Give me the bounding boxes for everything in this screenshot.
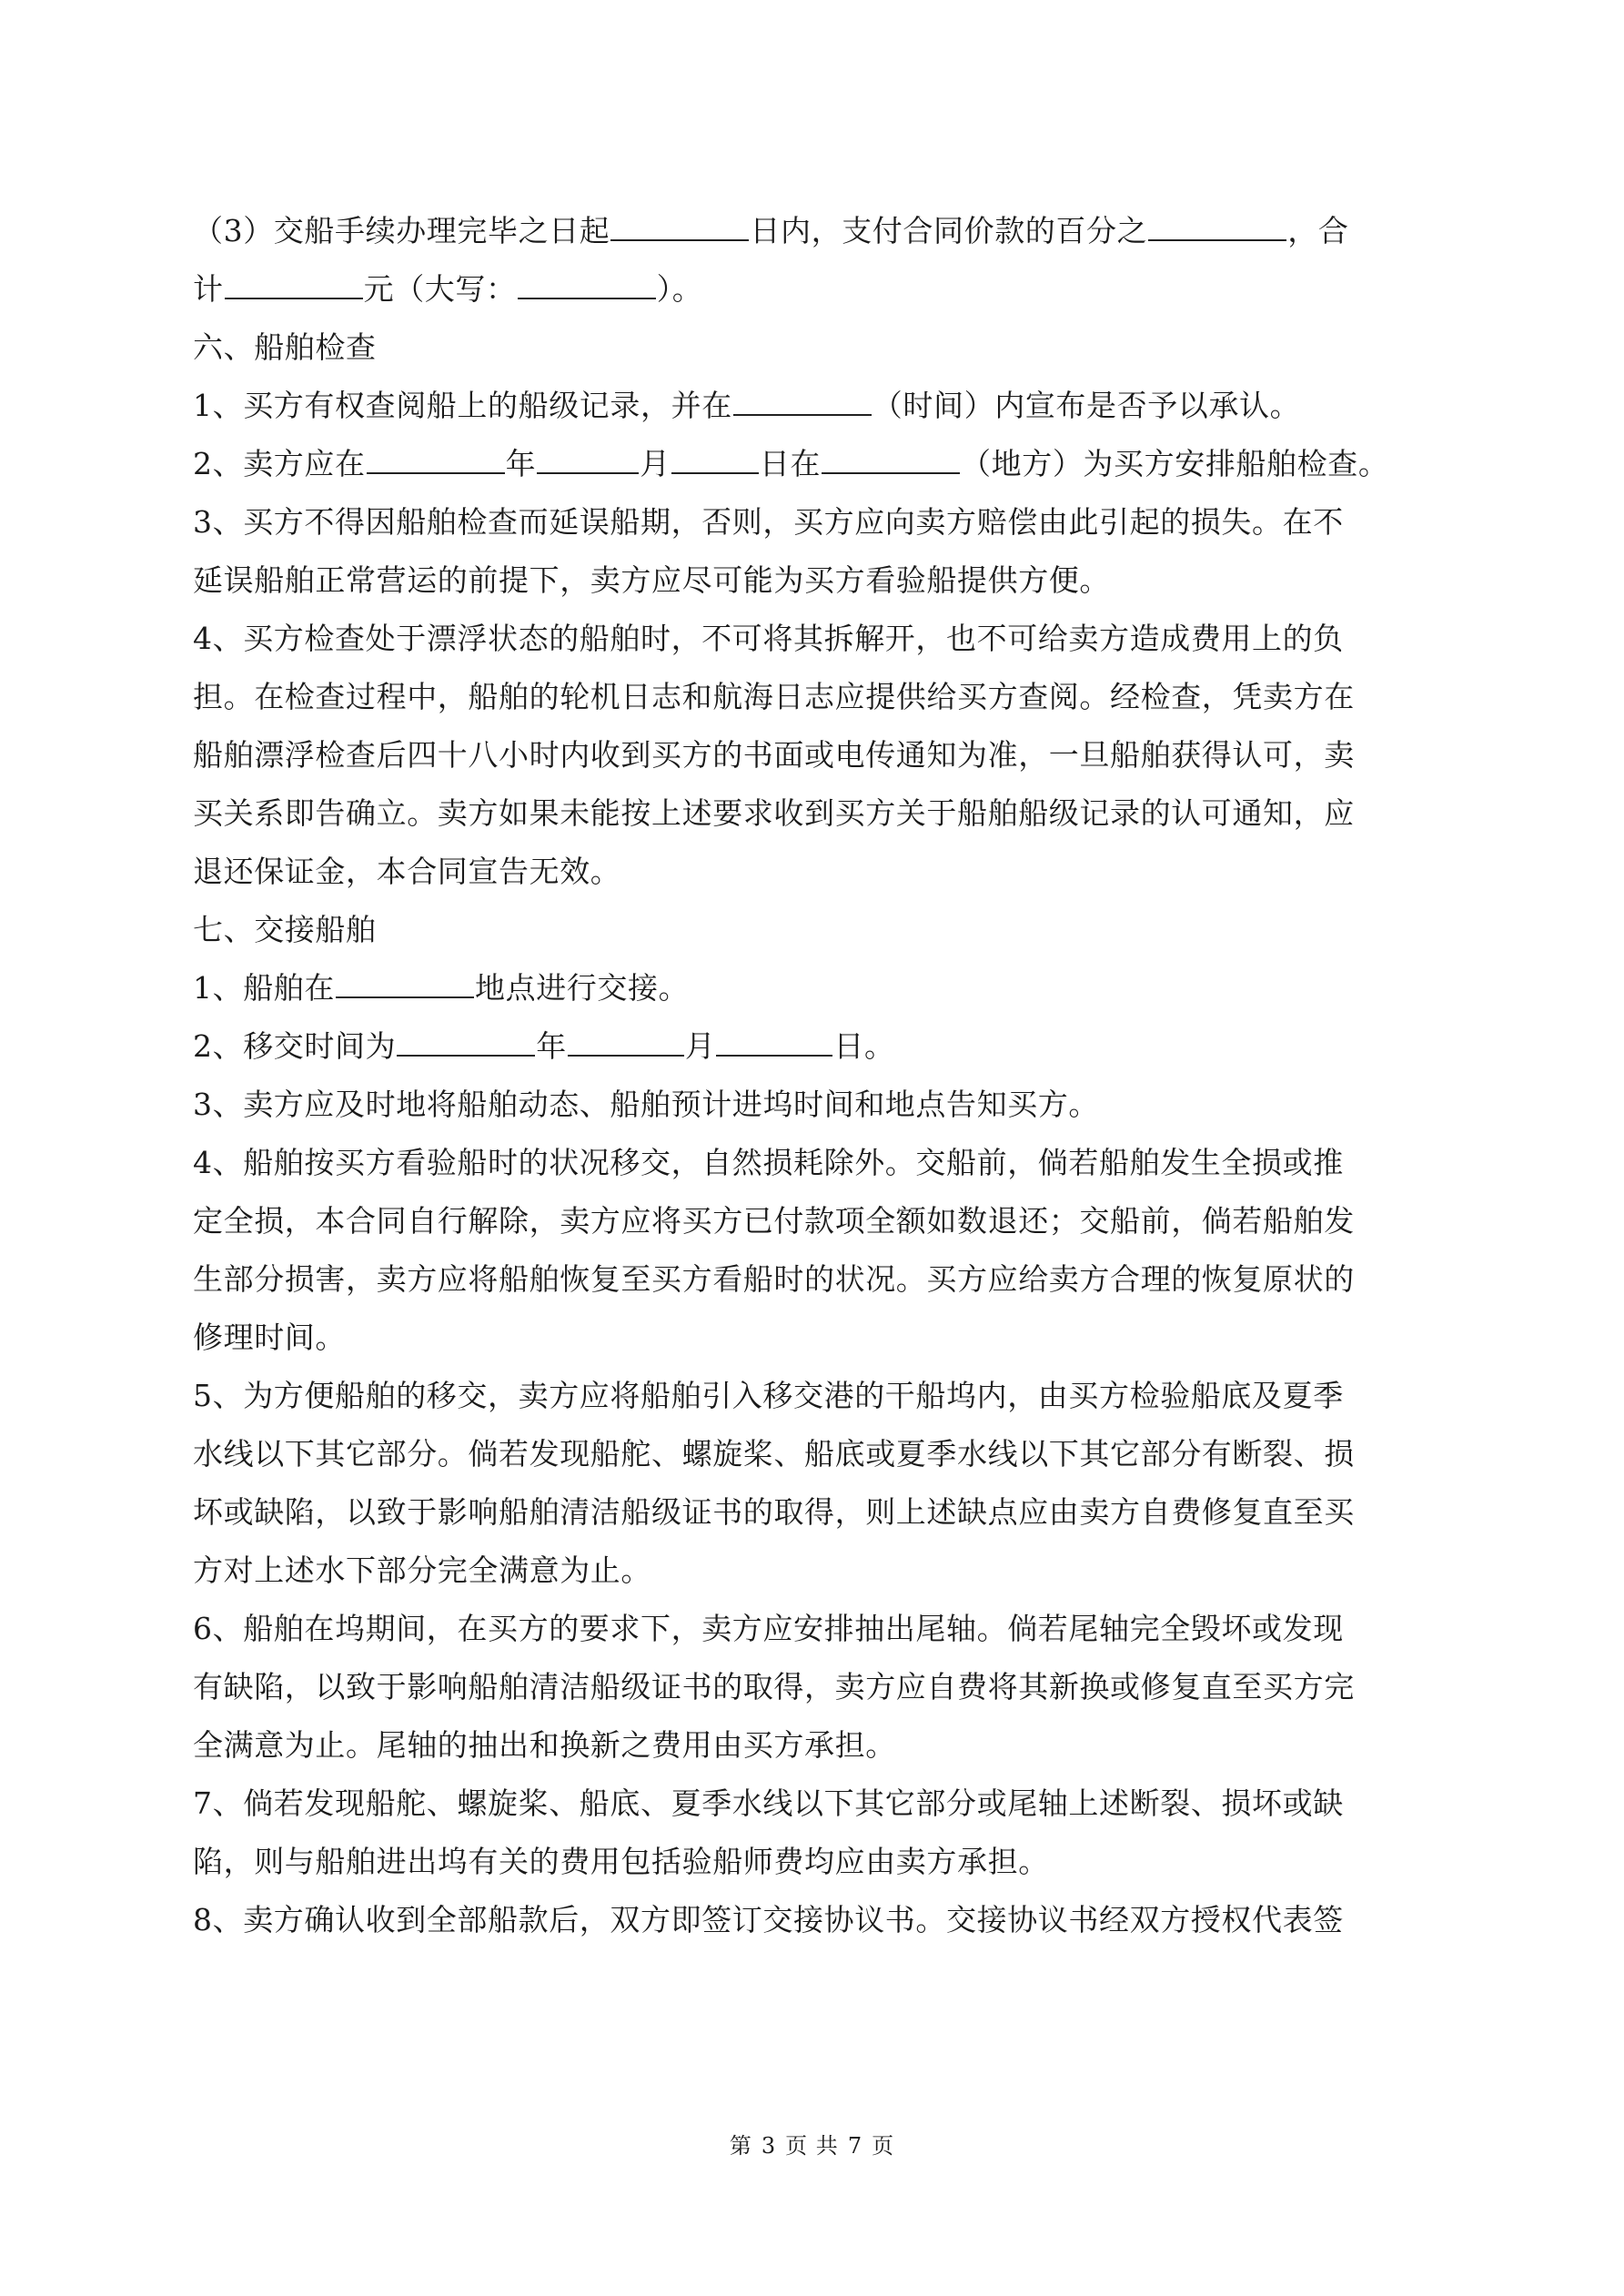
total-pages-number: 7 xyxy=(848,2133,862,2159)
inspection-clause-1: 1、买方有权查阅船上的船级记录，并在（时间）内宣布是否予以承认。 xyxy=(193,377,1430,435)
text: 地点进行交接。 xyxy=(475,970,689,1006)
payment-clause-3-line-2: 计元（大写：）。 xyxy=(193,260,1430,319)
handover-clause-5-line-4: 方对上述水下部分完全满意为止。 xyxy=(193,1542,1430,1600)
payment-clause-3-line-1: （3）交船手续办理完毕之日起日内，支付合同价款的百分之，合 xyxy=(193,202,1430,260)
blank-field-days[interactable] xyxy=(610,238,749,241)
text: 日内，支付合同价款的百分之 xyxy=(750,213,1147,248)
text: 计 xyxy=(193,271,224,307)
text: 年 xyxy=(536,1028,567,1064)
handover-clause-4-line-4: 修理时间。 xyxy=(193,1309,1430,1367)
handover-clause-7-line-2: 陷，则与船舶进出坞有关的费用包括验船师费均应由卖方承担。 xyxy=(193,1833,1430,1891)
text: （时间）内宣布是否予以承认。 xyxy=(873,388,1300,423)
section-heading-ship-inspection: 六、船舶检查 xyxy=(193,319,1430,377)
inspection-clause-4-line-2: 担。在检查过程中，船舶的轮机日志和航海日志应提供给买方查阅。经检查，凭卖方在 xyxy=(193,668,1430,726)
text: 日。 xyxy=(833,1028,894,1064)
footer-prefix: 第 xyxy=(730,2133,752,2159)
text: ）。 xyxy=(657,271,703,307)
handover-clause-2: 2、移交时间为年月日。 xyxy=(193,1017,1430,1076)
handover-clause-4-line-1: 4、船舶按买方看验船时的状况移交，自然损耗除外。交船前，倘若船舶发生全损或推 xyxy=(193,1134,1430,1192)
blank-field-day[interactable] xyxy=(716,1054,832,1057)
text: （3）交船手续办理完毕之日起 xyxy=(193,213,610,248)
section-heading-ship-handover: 七、交接船舶 xyxy=(193,901,1430,959)
inspection-clause-4-line-4: 买关系即告确立。卖方如果未能按上述要求收到买方关于船舶船级记录的认可通知，应 xyxy=(193,784,1430,843)
text: 1、船舶在 xyxy=(193,970,335,1006)
handover-clause-6-line-1: 6、船舶在坞期间，在买方的要求下，卖方应安排抽出尾轴。倘若尾轴完全毁坏或发现 xyxy=(193,1600,1430,1658)
handover-clause-3: 3、卖方应及时地将船舶动态、船舶预计进坞时间和地点告知买方。 xyxy=(193,1076,1430,1134)
footer-suffix: 页 xyxy=(872,2133,894,2159)
blank-field-year[interactable] xyxy=(367,471,505,474)
handover-clause-6-line-3: 全满意为止。尾轴的抽出和换新之费用由买方承担。 xyxy=(193,1716,1430,1775)
handover-clause-1: 1、船舶在地点进行交接。 xyxy=(193,959,1430,1017)
inspection-clause-3-line-1: 3、买方不得因船舶检查而延误船期，否则，买方应向卖方赔偿由此引起的损失。在不 xyxy=(193,493,1430,551)
text: 月 xyxy=(685,1028,716,1064)
document-body: （3）交船手续办理完毕之日起日内，支付合同价款的百分之，合 计元（大写：）。 六… xyxy=(193,202,1430,1949)
handover-clause-6-line-2: 有缺陷，以致于影响船舶清洁船级证书的取得，卖方应自费将其新换或修复直至买方完 xyxy=(193,1658,1430,1716)
blank-field-time[interactable] xyxy=(733,413,872,416)
page-footer: 第3页 共7页 xyxy=(0,2128,1624,2159)
text: 2、卖方应在 xyxy=(193,446,366,481)
blank-field-day[interactable] xyxy=(671,471,759,474)
text: 年 xyxy=(506,446,537,481)
handover-clause-4-line-3: 生部分损害，卖方应将船舶恢复至买方看船时的状况。买方应给卖方合理的恢复原状的 xyxy=(193,1250,1430,1309)
inspection-clause-3-line-2: 延误船舶正常营运的前提下，卖方应尽可能为买方看验船提供方便。 xyxy=(193,551,1430,610)
text: ，合 xyxy=(1287,213,1348,248)
blank-field-place[interactable] xyxy=(822,471,960,474)
blank-field-month[interactable] xyxy=(568,1054,684,1057)
inspection-clause-4-line-1: 4、买方检查处于漂浮状态的船舶时，不可将其拆解开，也不可给卖方造成费用上的负 xyxy=(193,610,1430,668)
text: 月 xyxy=(640,446,671,481)
handover-clause-5-line-2: 水线以下其它部分。倘若发现船舵、螺旋桨、船底或夏季水线以下其它部分有断裂、损 xyxy=(193,1425,1430,1483)
handover-clause-5-line-3: 坏或缺陷，以致于影响船舶清洁船级证书的取得，则上述缺点应由卖方自费修复直至买 xyxy=(193,1483,1430,1542)
inspection-clause-4-line-3: 船舶漂浮检查后四十八小时内收到买方的书面或电传通知为准，一旦船舶获得认可，卖 xyxy=(193,726,1430,784)
blank-field-amount-words[interactable] xyxy=(518,297,656,299)
current-page-number: 3 xyxy=(762,2133,776,2159)
text: 元（大写： xyxy=(364,271,517,307)
blank-field-amount[interactable] xyxy=(225,297,363,299)
blank-field-month[interactable] xyxy=(537,471,639,474)
text: 2、移交时间为 xyxy=(193,1028,396,1064)
blank-field-percent[interactable] xyxy=(1148,238,1286,241)
handover-clause-5-line-1: 5、为方便船舶的移交，卖方应将船舶引入移交港的干船坞内，由买方检验船底及夏季 xyxy=(193,1367,1430,1425)
blank-field-location[interactable] xyxy=(336,996,474,998)
inspection-clause-4-line-5: 退还保证金，本合同宣告无效。 xyxy=(193,843,1430,901)
text: （地方）为买方安排船舶检查。 xyxy=(961,446,1388,481)
handover-clause-4-line-2: 定全损，本合同自行解除，卖方应将买方已付款项全额如数退还；交船前，倘若船舶发 xyxy=(193,1192,1430,1250)
footer-middle: 页 共 xyxy=(785,2133,839,2159)
blank-field-year[interactable] xyxy=(397,1054,535,1057)
inspection-clause-2: 2、卖方应在年月日在（地方）为买方安排船舶检查。 xyxy=(193,435,1430,493)
text: 日在 xyxy=(760,446,821,481)
document-page: （3）交船手续办理完毕之日起日内，支付合同价款的百分之，合 计元（大写：）。 六… xyxy=(0,0,1624,2296)
handover-clause-8-line-1: 8、卖方确认收到全部船款后，双方即签订交接协议书。交接协议书经双方授权代表签 xyxy=(193,1891,1430,1949)
text: 1、买方有权查阅船上的船级记录，并在 xyxy=(193,388,732,423)
handover-clause-7-line-1: 7、倘若发现船舵、螺旋桨、船底、夏季水线以下其它部分或尾轴上述断裂、损坏或缺 xyxy=(193,1775,1430,1833)
